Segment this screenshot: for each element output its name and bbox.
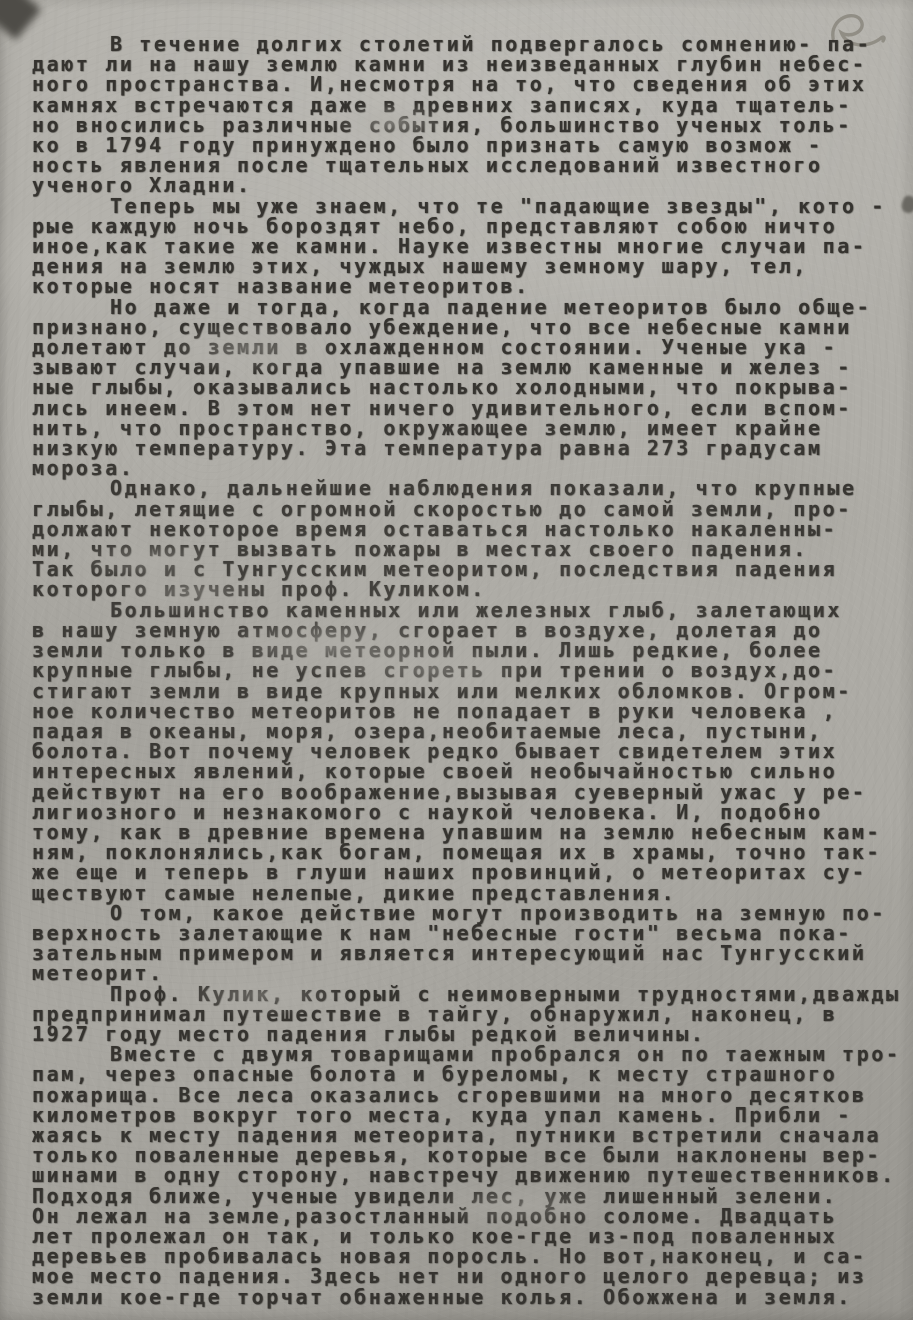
paragraph-1: В течение долгих столетий подвергалось с… [32, 34, 913, 196]
paragraph-8: Вместе с двумя товарищами пробрался он п… [32, 1044, 913, 1307]
paragraph-2: Теперь мы уже знаем, что те "падающие зв… [32, 196, 913, 297]
scanned-document-page: 2 В течение долгих столетий подвергалось… [0, 0, 913, 1320]
paragraph-5: Большинство каменных или железных глыб, … [32, 600, 913, 903]
paragraph-6: О том, какое действие могут производить … [32, 903, 913, 984]
paragraph-4: Однако, дальнейшие наблюдения показали, … [32, 478, 913, 599]
paragraph-7: Проф. Кулик, который с неимоверными труд… [32, 984, 913, 1045]
paragraph-3: Но даже и тогда, когда падение метеорито… [32, 297, 913, 479]
typewritten-text-block: В течение долгих столетий подвергалось с… [32, 34, 913, 1307]
